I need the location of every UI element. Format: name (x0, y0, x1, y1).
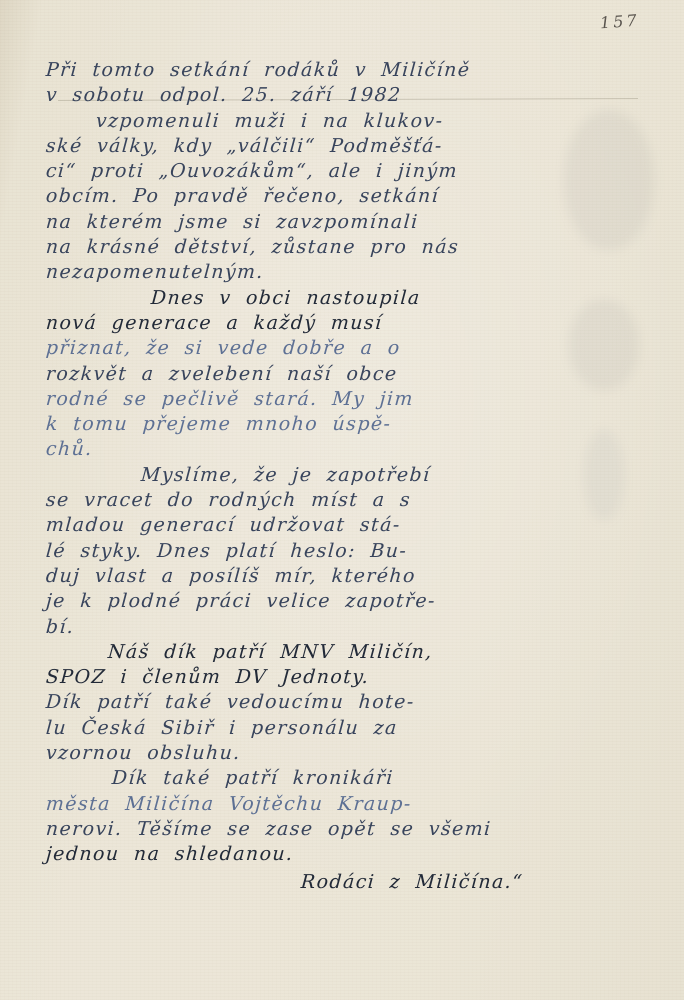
handwritten-line: rodné se pečlivě stará. My jim (45, 387, 648, 412)
handwritten-line: Dnes v obci nastoupila (45, 286, 648, 311)
handwritten-line: vzpomenuli muži i na klukov- (45, 109, 648, 134)
handwritten-line: přiznat, že si vede dobře a o (45, 336, 648, 361)
handwritten-line: v sobotu odpol. 25. září 1982 (45, 83, 648, 108)
handwritten-line: je k plodné práci velice zapotře- (45, 589, 648, 614)
chronicle-page: 157 Při tomto setkání rodáků v Miličíně … (0, 0, 684, 1000)
handwritten-line: obcím. Po pravdě řečeno, setkání (45, 184, 648, 209)
handwritten-line: nezapomenutelným. (45, 260, 648, 285)
handwritten-line: ci“ proti „Ouvozákům“, ale i jiným (45, 159, 648, 184)
signature-line: Rodáci z Miličína.“ (300, 870, 648, 895)
handwritten-line: Dík také patří kronikáři (45, 766, 648, 791)
handwritten-line: Náš dík patří MNV Miličín, (45, 640, 648, 665)
handwritten-line: lu Česká Sibiř i personálu za (45, 716, 648, 741)
handwritten-line: vzornou obsluhu. (45, 741, 648, 766)
handwritten-line: SPOZ i členům DV Jednoty. (45, 665, 648, 690)
handwritten-line: Dík patří také vedoucímu hote- (45, 690, 648, 715)
handwritten-line: mladou generací udržovat stá- (45, 513, 648, 538)
handwritten-line: nová generace a každý musí (45, 311, 648, 336)
handwritten-line: na kterém jsme si zavzpomínali (45, 210, 648, 235)
handwritten-line: Při tomto setkání rodáků v Miličíně (45, 58, 648, 83)
handwritten-line: ské války, kdy „válčili“ Podměšťá- (45, 134, 648, 159)
handwritten-line: Myslíme, že je zapotřebí (45, 463, 648, 488)
handwritten-line: města Miličína Vojtěchu Kraup- (45, 792, 648, 817)
handwritten-line: rozkvět a zvelebení naší obce (45, 362, 648, 387)
handwritten-line: jednou na shledanou. (45, 842, 648, 867)
handwritten-text-block: Při tomto setkání rodáků v Miličíně v so… (45, 58, 646, 895)
handwritten-line: bí. (45, 615, 648, 640)
handwritten-line: nerovi. Těšíme se zase opět se všemi (45, 817, 648, 842)
handwritten-line: chů. (45, 437, 648, 462)
handwritten-line: na krásné dětství, zůstane pro nás (45, 235, 648, 260)
handwritten-line: k tomu přejeme mnoho úspě- (45, 412, 648, 437)
page-number: 157 (600, 11, 641, 33)
handwritten-line: lé styky. Dnes platí heslo: Bu- (45, 539, 648, 564)
handwritten-line: duj vlast a posílíš mír, kterého (45, 564, 648, 589)
handwritten-line: se vracet do rodných míst a s (45, 488, 648, 513)
